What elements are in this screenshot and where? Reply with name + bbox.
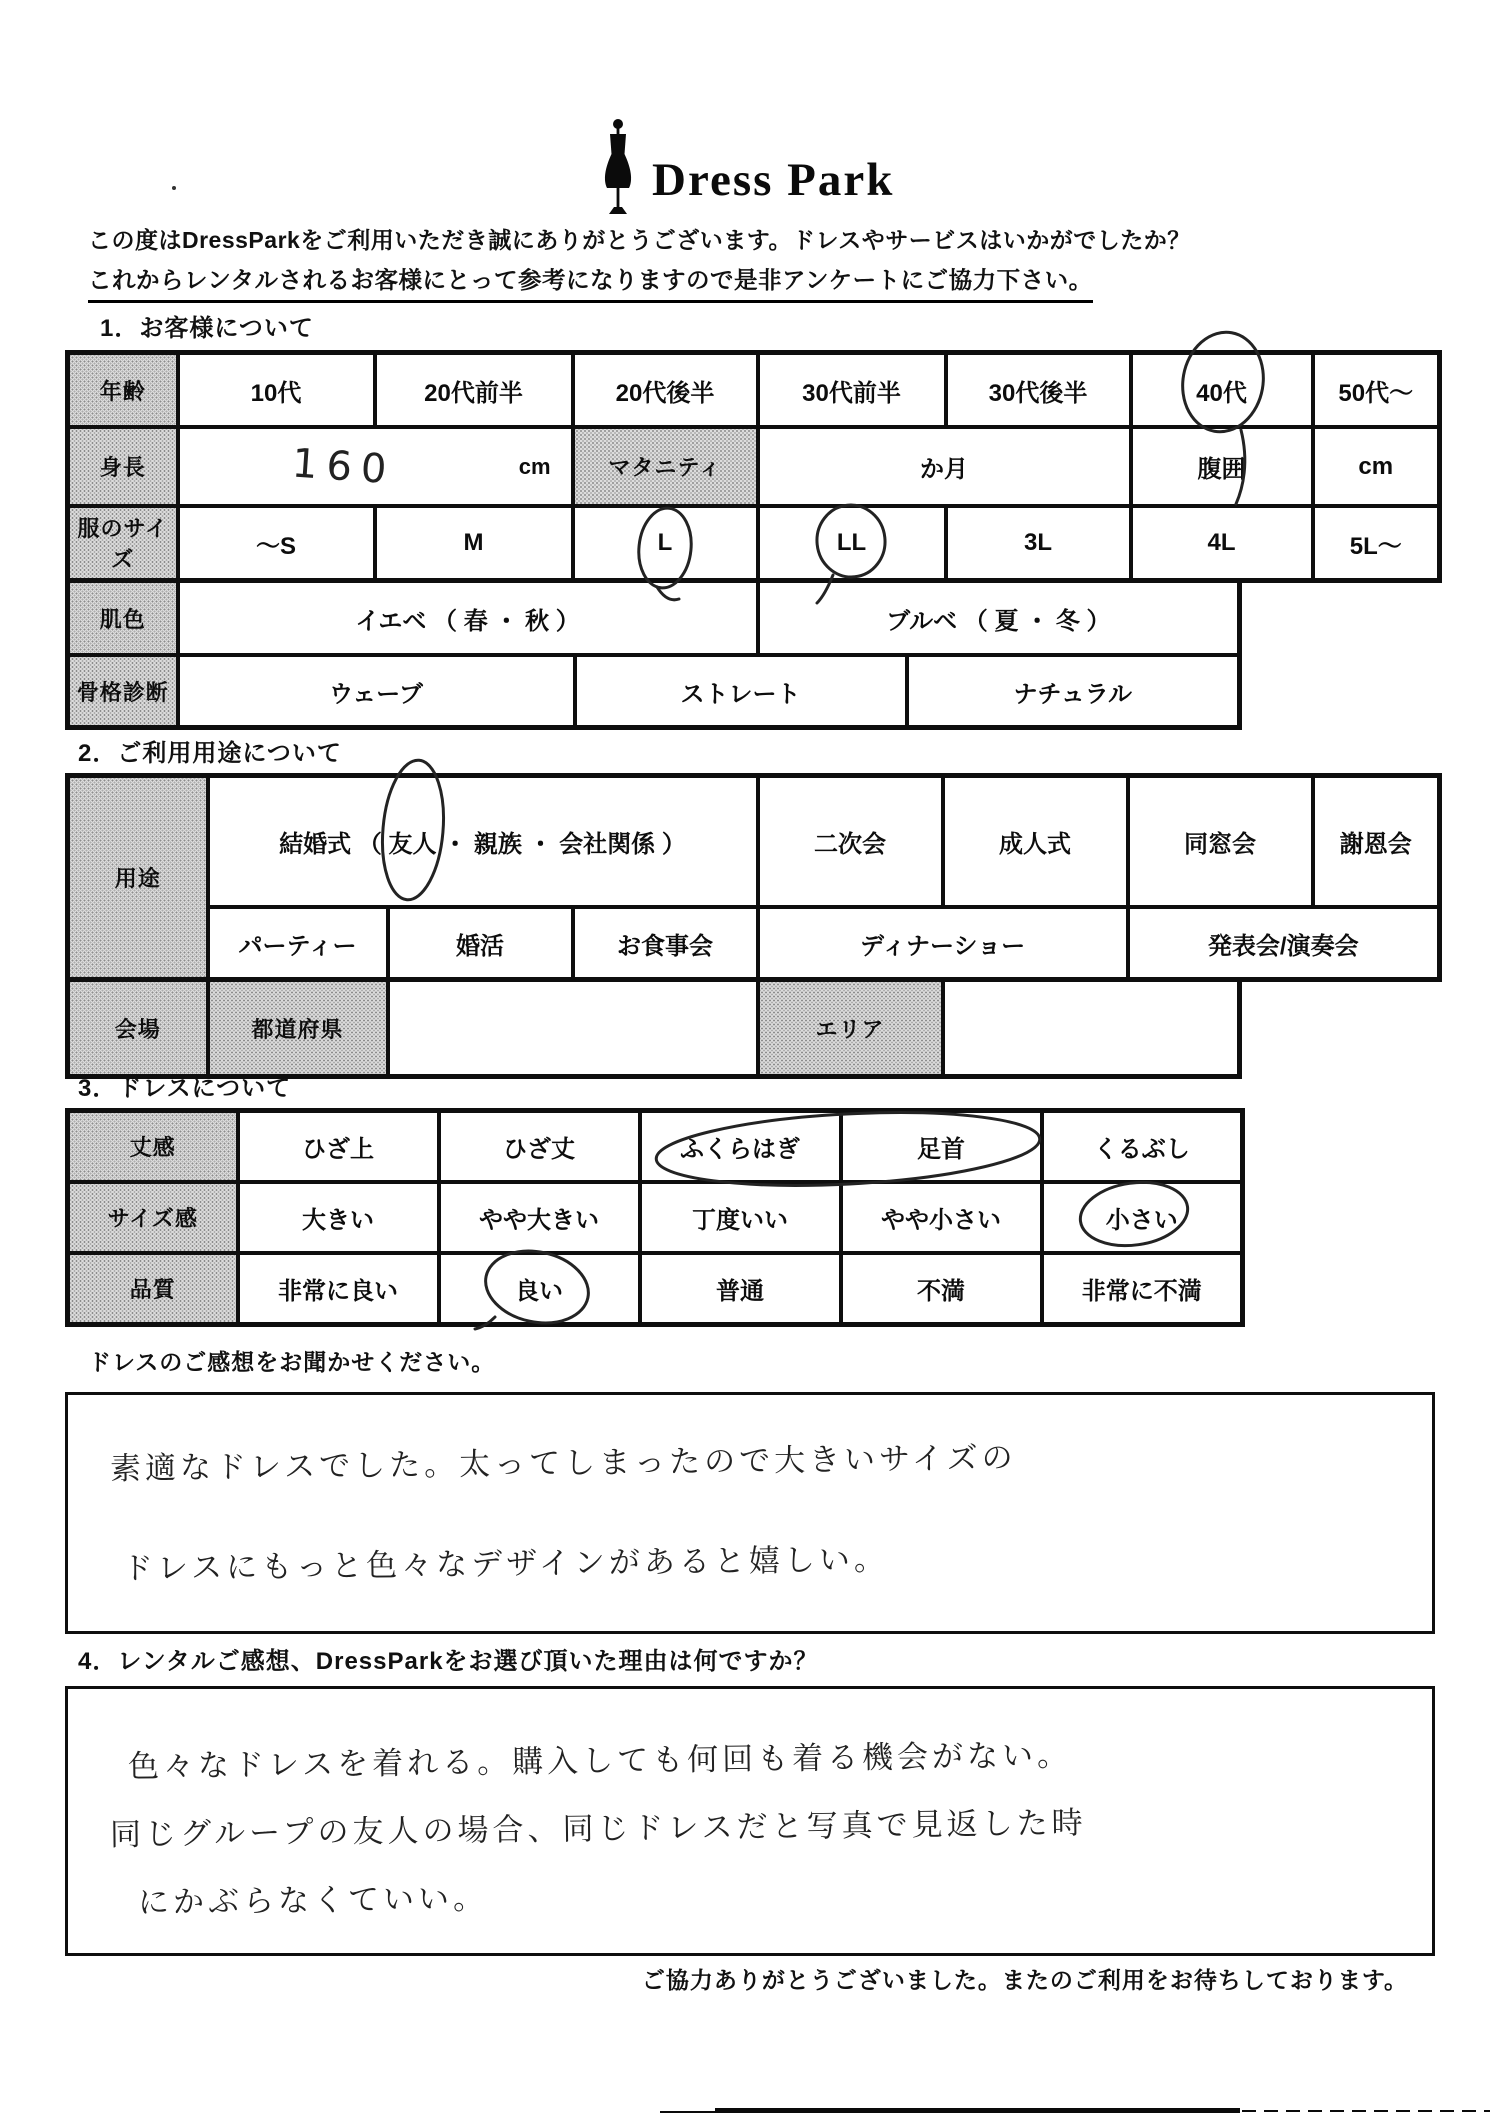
height-label: 身長 [68,427,178,506]
fit-option-circled: 小さい [1042,1182,1243,1253]
length-option-circled: ふくらはぎ [640,1111,841,1183]
height-handwritten-value: 160 [290,440,396,493]
frame-label: 骨格診断 [68,655,178,728]
pen-circle-40s: 40代 [1196,373,1247,408]
skin-option: ブルベ （ 夏 ・ 冬 ） [758,581,1240,656]
purpose-row2: パーティー 婚活 お食事会 ディナーショー 発表会/演奏会 [68,907,1440,980]
dress-mannequin-icon [598,118,638,218]
purpose-option: パーティー [208,907,388,980]
quality-option-circled: 良い [439,1253,640,1325]
survey-scan-page: Dress Park この度はDressParkをご利用いただき誠にありがとうご… [0,0,1500,2127]
fit-option: 大きい [238,1182,439,1253]
customer-table: 年齢 10代 20代前半 20代後半 30代前半 30代後半 40代 50代～ … [65,350,1442,730]
section4-heading: 4．レンタルご感想、DressParkをお選び頂いた理由は何ですか？ [78,1641,819,1676]
frame-option: ナチュラル [907,655,1240,728]
venue-row: 会場 都道府県 エリア [68,980,1240,1077]
maternity-label: マタニティ [573,427,758,506]
purpose-option: 婚活 [388,907,573,980]
prefecture-input-cell [388,980,758,1077]
size-option: M [375,506,573,581]
logo: Dress Park [598,118,894,218]
quality-row: 品質 非常に良い 良い 普通 不満 非常に不満 [68,1253,1243,1325]
rental-feedback-box: 色々なドレスを着れる。購入しても何回も着る機会がない。 同じグループの友人の場合… [65,1686,1435,1956]
area-label: エリア [758,980,943,1077]
purpose-option: 発表会/演奏会 [1128,907,1440,980]
pen-circle-friend: 友人 [389,824,437,859]
pen-circle-LL: LL [837,529,866,557]
brand-name: Dress Park [652,157,894,218]
venue-table: 会場 都道府県 エリア [65,977,1242,1079]
handwritten-line: ドレスにもっと色々なデザインがあると嬉しい。 [121,1503,1432,1619]
handwritten-line: にかぶらなくていい。 [138,1853,1433,1937]
age-option: 50代～ [1313,353,1440,428]
age-option: 20代前半 [375,353,573,428]
quality-option: 不満 [841,1253,1042,1325]
skin-option: イエベ （ 春 ・ 秋 ） [178,581,758,656]
age-option: 30代後半 [946,353,1131,428]
size-option: 3L [946,506,1131,581]
size-option-circled: LL [758,506,946,581]
dress-table-main: 丈感 ひざ上 ひざ丈 ふくらはぎ 足首 くるぶし サイズ感 大きい やや大きい … [65,1108,1245,1327]
age-row: 年齢 10代 20代前半 20代後半 30代前半 30代後半 40代 50代～ [68,353,1440,428]
handwritten-line: 素適なドレスでした。太ってしまったので大きいサイズの [109,1403,1432,1519]
scan-artifact-line [660,2111,715,2113]
height-row: 身長 160 cm マタニティ か月 腹囲 cm [68,427,1440,506]
scan-artifact-line [715,2108,1240,2113]
waist-label: 腹囲 [1131,427,1313,506]
purpose-option: 二次会 [758,776,943,908]
dress-feedback-prompt: ドレスのご感想をお聞かせください。 [88,1344,495,1377]
quality-option: 非常に良い [238,1253,439,1325]
maternity-months-label: か月 [758,427,1131,506]
pen-circle-good: 良い [515,1271,563,1306]
purpose-row1: 用途 結婚式 （ 友人 ・ 親族 ・ 会社関係 ） 二次会 成人式 同窓会 謝恩… [68,776,1440,908]
dress-table: 丈感 ひざ上 ひざ丈 ふくらはぎ 足首 くるぶし サイズ感 大きい やや大きい … [65,1108,1245,1327]
size-option: 4L [1131,506,1313,581]
waist-unit: cm [1313,427,1440,506]
section1-heading: 1．お客様について [100,308,314,343]
age-label: 年齢 [68,353,178,428]
prefecture-label: 都道府県 [208,980,388,1077]
frame-row: 骨格診断 ウェーブ ストレート ナチュラル [68,655,1240,728]
size-option: ～S [178,506,375,581]
section3-heading: 3．ドレスについて [78,1068,291,1103]
fit-option: やや小さい [841,1182,1042,1253]
venue-label: 会場 [68,980,208,1077]
purpose-table: 用途 結婚式 （ 友人 ・ 親族 ・ 会社関係 ） 二次会 成人式 同窓会 謝恩… [65,773,1442,1079]
quality-option: 非常に不満 [1042,1253,1243,1325]
fit-label: サイズ感 [68,1182,238,1253]
closing-message: ご協力ありがとうございました。またのご利用をお待ちしております。 [642,1962,1408,1995]
purpose-label: 用途 [68,776,208,980]
fit-option: やや大きい [439,1182,640,1253]
purpose-option: ディナーショー [758,907,1128,980]
quality-option: 普通 [640,1253,841,1325]
intro-thanks-line: この度はDressParkをご利用いただき誠にありがとうございます。ドレスやサー… [88,222,1191,255]
purpose-option: 同窓会 [1128,776,1313,908]
purpose-option-wedding: 結婚式 （ 友人 ・ 親族 ・ 会社関係 ） [208,776,758,908]
purpose-table-main: 用途 結婚式 （ 友人 ・ 親族 ・ 会社関係 ） 二次会 成人式 同窓会 謝恩… [65,773,1442,982]
age-option-circled: 40代 [1131,353,1313,428]
fit-row: サイズ感 大きい やや大きい 丁度いい やや小さい 小さい [68,1182,1243,1253]
scan-artifact-line [1242,2110,1490,2112]
age-option: 10代 [178,353,375,428]
purpose-option: 謝恩会 [1313,776,1440,908]
pen-circle-L: L [658,529,673,557]
section2-heading: 2．ご利用用途について [78,733,342,768]
skin-row: 肌色 イエベ （ 春 ・ 秋 ） ブルベ （ 夏 ・ 冬 ） [68,581,1240,656]
dress-feedback-box: 素適なドレスでした。太ってしまったので大きいサイズの ドレスにもっと色々なデザイ… [65,1392,1435,1634]
customer-table-main: 年齢 10代 20代前半 20代後半 30代前半 30代後半 40代 50代～ … [65,350,1442,583]
age-option: 20代後半 [573,353,758,428]
scan-speck [356,268,360,272]
skin-label: 肌色 [68,581,178,656]
frame-option: ウェーブ [178,655,575,728]
purpose-option: 成人式 [943,776,1128,908]
customer-table-sub: 肌色 イエベ （ 春 ・ 秋 ） ブルベ （ 夏 ・ 冬 ） 骨格診断 ウェーブ… [65,578,1242,730]
length-option: ひざ上 [238,1111,439,1183]
length-row: 丈感 ひざ上 ひざ丈 ふくらはぎ 足首 くるぶし [68,1111,1243,1183]
height-unit: cm [519,454,571,480]
length-option: ひざ丈 [439,1111,640,1183]
size-option-circled: L [573,506,758,581]
length-option: くるぶし [1042,1111,1243,1183]
size-option: 5L～ [1313,506,1440,581]
length-option-circled: 足首 [841,1111,1042,1183]
size-label: 服のサイズ [68,506,178,581]
frame-option: ストレート [575,655,907,728]
purpose-option: お食事会 [573,907,758,980]
intro-request-line: これからレンタルされるお客様にとって参考になりますので是非アンケートにご協力下さ… [88,261,1093,303]
size-row: 服のサイズ ～S M L LL 3L 4L 5L～ [68,506,1440,581]
length-label: 丈感 [68,1111,238,1183]
age-option: 30代前半 [758,353,946,428]
height-value-cell: 160 cm [178,427,573,506]
pen-circle-small: 小さい [1106,1200,1178,1235]
quality-label: 品質 [68,1253,238,1325]
area-input-cell [943,980,1240,1077]
fit-option: 丁度いい [640,1182,841,1253]
scan-speck [172,186,176,190]
